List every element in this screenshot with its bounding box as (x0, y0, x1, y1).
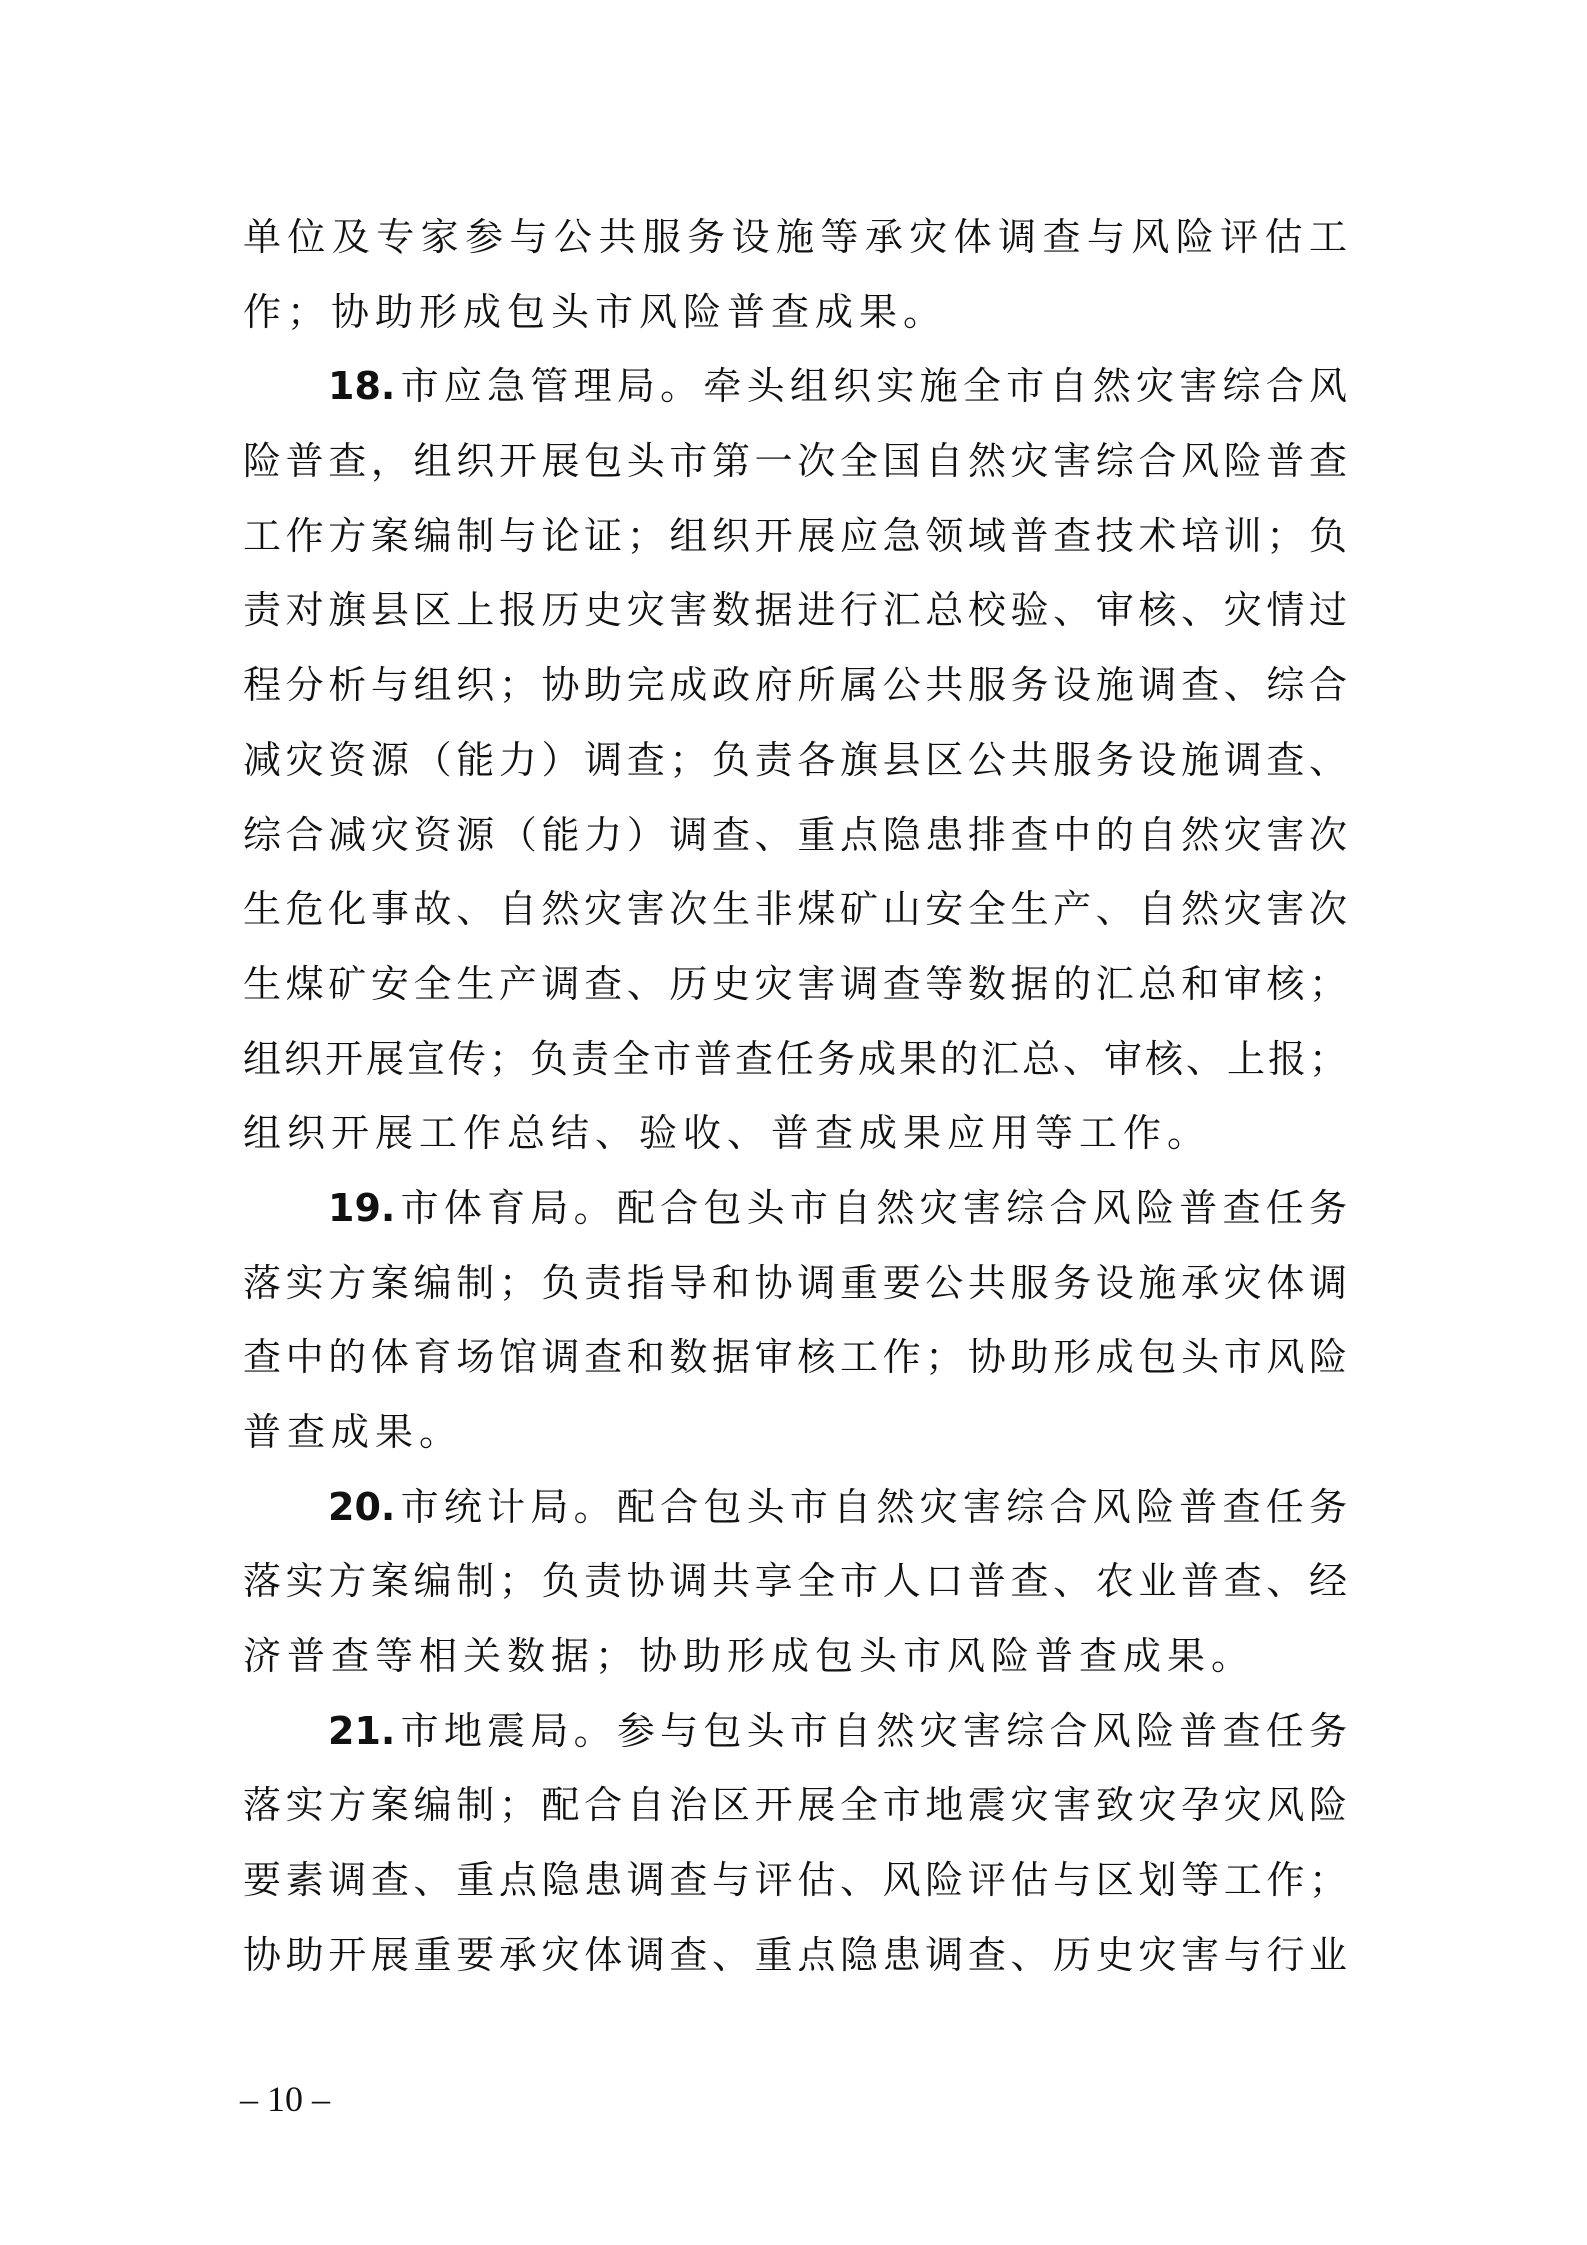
text-line: 落实方案编制；配合自治区开展全市地震灾害致灾孕灾风险 (243, 1768, 1347, 1843)
text-line: 单位及专家参与公共服务设施等承灾体调查与风险评估工 (243, 200, 1347, 275)
item-number: 19. (328, 1186, 395, 1230)
line-text: 查中的体育场馆调查和数据审核工作；协助形成包头市风险 (243, 1335, 1347, 1379)
item-number: 20. (328, 1485, 395, 1529)
text-line: 综合减灾资源（能力）调查、重点隐患排查中的自然灾害次 (243, 798, 1347, 873)
line-text: 要素调查、重点隐患调查与评估、风险评估与区划等工作； (243, 1858, 1347, 1902)
line-text: 组织开展宣传；负责全市普查任务成果的汇总、审核、上报； (243, 1037, 1347, 1081)
text-line: 生煤矿安全生产调查、历史灾害调查等数据的汇总和审核； (243, 947, 1347, 1022)
item-19-heading-line: 19.市体育局。配合包头市自然灾害综合风险普查任务 (243, 1171, 1347, 1246)
line-text: 落实方案编制；负责协调共享全市人口普查、农业普查、经 (243, 1559, 1347, 1603)
text-line: 作；协助形成包头市风险普查成果。 (243, 275, 1347, 350)
document-page: 单位及专家参与公共服务设施等承灾体调查与风险评估工 作；协助形成包头市风险普查成… (0, 0, 1587, 2245)
text-line: 责对旗县区上报历史灾害数据进行汇总校验、审核、灾情过 (243, 573, 1347, 648)
line-text: 作；协助形成包头市风险普查成果。 (243, 290, 947, 334)
line-text: 落实方案编制；配合自治区开展全市地震灾害致灾孕灾风险 (243, 1783, 1347, 1827)
line-text: 市统计局。配合包头市自然灾害综合风险普查任务 (395, 1485, 1347, 1529)
line-text: 市应急管理局。牵头组织实施全市自然灾害综合风 (395, 364, 1347, 408)
text-line: 程分析与组织；协助完成政府所属公共服务设施调查、综合 (243, 648, 1347, 723)
text-line: 生危化事故、自然灾害次生非煤矿山安全生产、自然灾害次 (243, 872, 1347, 947)
line-text: 组织开展工作总结、验收、普查成果应用等工作。 (243, 1111, 1211, 1155)
line-text: 单位及专家参与公共服务设施等承灾体调查与风险评估工 (243, 215, 1347, 259)
item-18-heading-line: 18.市应急管理局。牵头组织实施全市自然灾害综合风 (243, 349, 1347, 424)
line-text: 生煤矿安全生产调查、历史灾害调查等数据的汇总和审核； (243, 962, 1347, 1006)
text-line: 协助开展重要承灾体调查、重点隐患调查、历史灾害与行业 (243, 1918, 1347, 1993)
item-20-heading-line: 20.市统计局。配合包头市自然灾害综合风险普查任务 (243, 1470, 1347, 1545)
line-text: 落实方案编制；负责指导和协调重要公共服务设施承灾体调 (243, 1261, 1347, 1305)
line-text: 综合减灾资源（能力）调查、重点隐患排查中的自然灾害次 (243, 813, 1347, 857)
line-text: 责对旗县区上报历史灾害数据进行汇总校验、审核、灾情过 (243, 588, 1347, 632)
text-line: 普查成果。 (243, 1395, 1347, 1470)
text-line: 工作方案编制与论证；组织开展应急领域普查技术培训；负 (243, 499, 1347, 574)
text-line: 落实方案编制；负责协调共享全市人口普查、农业普查、经 (243, 1544, 1347, 1619)
line-text: 济普查等相关数据；协助形成包头市风险普查成果。 (243, 1634, 1255, 1678)
item-number: 18. (328, 364, 395, 408)
item-number: 21. (328, 1709, 395, 1753)
text-line: 险普查，组织开展包头市第一次全国自然灾害综合风险普查 (243, 424, 1347, 499)
text-line: 济普查等相关数据；协助形成包头市风险普查成果。 (243, 1619, 1347, 1694)
line-text: 减灾资源（能力）调查；负责各旗县区公共服务设施调查、 (243, 738, 1347, 782)
text-line: 组织开展工作总结、验收、普查成果应用等工作。 (243, 1096, 1347, 1171)
line-text: 市体育局。配合包头市自然灾害综合风险普查任务 (395, 1186, 1347, 1230)
text-line: 要素调查、重点隐患调查与评估、风险评估与区划等工作； (243, 1843, 1347, 1918)
line-text: 险普查，组织开展包头市第一次全国自然灾害综合风险普查 (243, 439, 1347, 483)
line-text: 程分析与组织；协助完成政府所属公共服务设施调查、综合 (243, 663, 1347, 707)
line-text: 生危化事故、自然灾害次生非煤矿山安全生产、自然灾害次 (243, 887, 1347, 931)
line-text: 工作方案编制与论证；组织开展应急领域普查技术培训；负 (243, 514, 1347, 558)
text-line: 减灾资源（能力）调查；负责各旗县区公共服务设施调查、 (243, 723, 1347, 798)
line-text: 协助开展重要承灾体调查、重点隐患调查、历史灾害与行业 (243, 1933, 1347, 1977)
line-text: 市地震局。参与包头市自然灾害综合风险普查任务 (395, 1709, 1347, 1753)
line-text: 普查成果。 (243, 1410, 463, 1454)
body-text: 单位及专家参与公共服务设施等承灾体调查与风险评估工 作；协助形成包头市风险普查成… (243, 200, 1347, 1993)
text-line: 查中的体育场馆调查和数据审核工作；协助形成包头市风险 (243, 1320, 1347, 1395)
page-number: – 10 – (240, 2078, 330, 2120)
item-21-heading-line: 21.市地震局。参与包头市自然灾害综合风险普查任务 (243, 1694, 1347, 1769)
text-line: 组织开展宣传；负责全市普查任务成果的汇总、审核、上报； (243, 1022, 1347, 1097)
text-line: 落实方案编制；负责指导和协调重要公共服务设施承灾体调 (243, 1246, 1347, 1321)
